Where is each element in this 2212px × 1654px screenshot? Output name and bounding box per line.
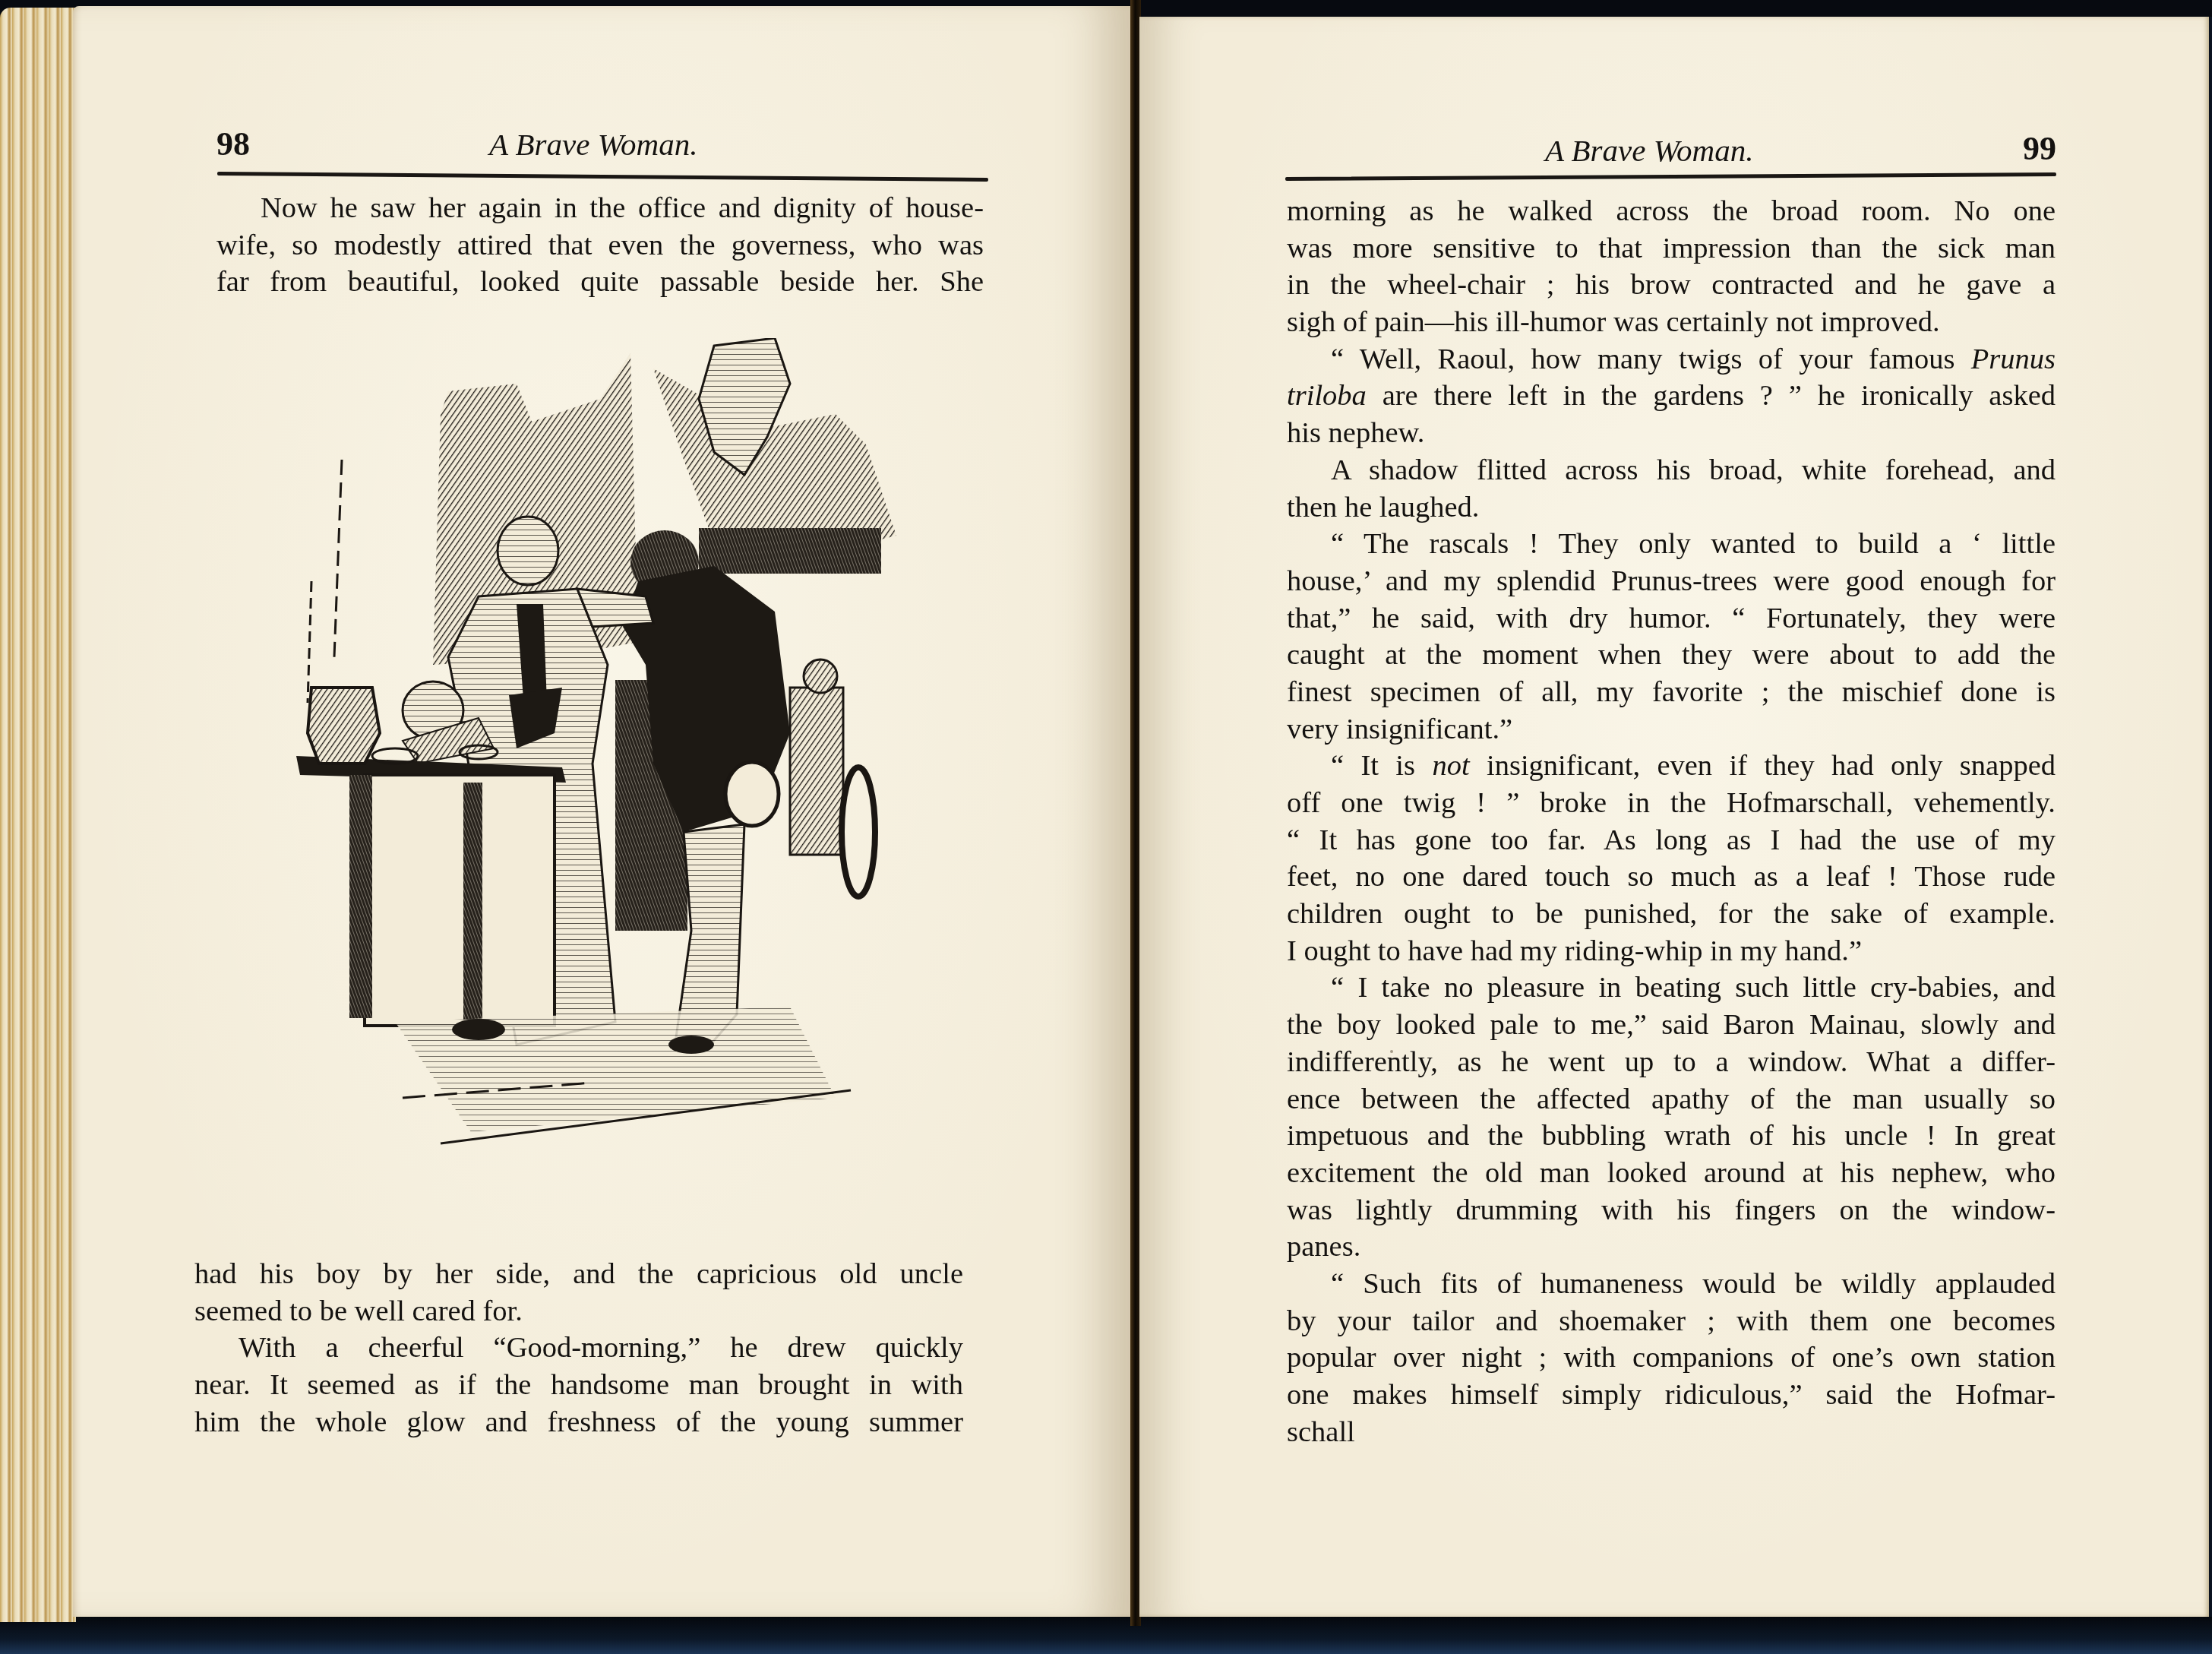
text-line: one makes himself simply ridiculous,” sa… [1287, 1377, 2056, 1414]
italic-text-run: Prunus [1971, 343, 2056, 375]
text-line: With a cheerful “Good-morning,” he drew … [194, 1330, 963, 1367]
text-line: impetuous and the bubbling wrath of his … [1287, 1118, 2056, 1155]
top-text-block: Now he saw her again in the office and d… [216, 190, 984, 301]
text-line: house,’ and my splendid Prunus-trees wer… [1287, 563, 2056, 600]
text-run: are there left in the gardens ? ” he iro… [1367, 380, 2056, 412]
text-line: schall [1287, 1414, 2056, 1451]
italic-text-run: not [1432, 750, 1469, 782]
header-rule [1285, 172, 2056, 181]
text-line: “ I take no pleasure in beating such lit… [1287, 969, 2056, 1007]
text-line: ence between the affected apathy of the … [1287, 1081, 2056, 1118]
body-text-block: morning as he walked across the broad ro… [1287, 193, 2056, 1450]
text-line: finest specimen of all, my favorite ; th… [1287, 674, 2056, 711]
text-line: the boy looked pale to me,” said Baron M… [1287, 1007, 2056, 1044]
text-line: “ The rascals ! They only wanted to buil… [1287, 526, 2056, 563]
text-run: “ Well, Raoul, how many twigs of your fa… [1331, 343, 1971, 375]
text-line: excitement the old man looked around at … [1287, 1155, 2056, 1192]
text-line: was more sensitive to that impression th… [1287, 230, 2056, 267]
text-line: A shadow flitted across his broad, white… [1287, 452, 2056, 489]
text-line: wife, so modestly attired that even the … [216, 227, 984, 264]
text-line: caught at the moment when they were abou… [1287, 637, 2056, 674]
text-line: had his boy by her side, and the caprici… [194, 1256, 963, 1293]
page-number: 98 [216, 126, 250, 163]
text-line: triloba are there left in the gardens ? … [1287, 378, 2056, 415]
left-page: 98 A Brave Woman. Now he saw her again i… [73, 6, 1133, 1617]
illustration [289, 338, 919, 1231]
text-line: near. It seemed as if the handsome man b… [194, 1367, 963, 1404]
text-line: panes. [1287, 1229, 2056, 1266]
text-line: his nephew. [1287, 415, 2056, 452]
text-line: seemed to be well cared for. [194, 1293, 963, 1330]
text-line: children ought to be punished, for the s… [1287, 896, 2056, 933]
text-line: “ It is not insignificant, even if they … [1287, 748, 2056, 785]
text-run: “ It is [1331, 750, 1432, 782]
running-head-title: A Brave Woman. [1545, 132, 1753, 169]
text-line: that,” he said, with dry humor. “ Fortun… [1287, 600, 2056, 637]
text-line: indifferently, as he went up to a window… [1287, 1044, 2056, 1081]
text-line: sigh of pain—his ill-humor was certainly… [1287, 304, 2056, 341]
text-line: far from beautiful, looked quite passabl… [216, 264, 984, 301]
text-line: by your tailor and shoemaker ; with them… [1287, 1303, 2056, 1340]
background-surface [0, 1617, 2212, 1654]
text-line: in the wheel-chair ; his brow contracted… [1287, 267, 2056, 304]
text-line: “ Such fits of humaneness would be wildl… [1287, 1266, 2056, 1303]
text-line: him the whole glow and freshness of the … [194, 1404, 963, 1441]
page-stack-edge [0, 8, 76, 1622]
engraving-image [289, 338, 919, 1231]
text-run: insignificant, even if they had only sna… [1470, 750, 2056, 782]
text-line: feet, no one dared touch so much as a le… [1287, 859, 2056, 896]
text-line: I ought to have had my riding-whip in my… [1287, 933, 2056, 970]
text-line: “ Well, Raoul, how many twigs of your fa… [1287, 341, 2056, 378]
text-line: then he laughed. [1287, 489, 2056, 527]
running-head-title: A Brave Woman. [489, 126, 697, 163]
text-line: off one twig ! ” broke in the Hofmarscha… [1287, 785, 2056, 822]
text-line: very insignificant.” [1287, 711, 2056, 748]
page-number: 99 [2023, 131, 2056, 167]
paper-speck [1390, 1050, 1393, 1053]
right-page: A Brave Woman. 99 morning as he walked a… [1139, 17, 2209, 1617]
text-line: morning as he walked across the broad ro… [1287, 193, 2056, 230]
header-rule [217, 172, 988, 182]
italic-text-run: triloba [1287, 380, 1367, 412]
text-line: Now he saw her again in the office and d… [216, 190, 984, 227]
text-line: popular over night ; with companions of … [1287, 1339, 2056, 1377]
text-line: “ It has gone too far. As long as I had … [1287, 822, 2056, 859]
bottom-text-block: had his boy by her side, and the caprici… [194, 1256, 963, 1441]
text-line: was lightly drumming with his fingers on… [1287, 1192, 2056, 1229]
